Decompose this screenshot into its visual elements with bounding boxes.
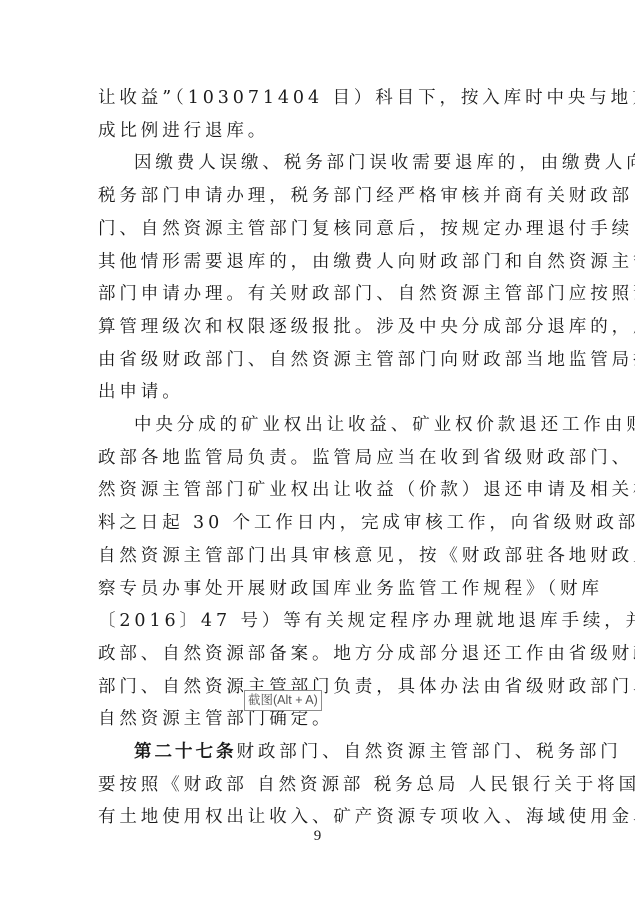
text-line: 其他情形需要退库的，由缴费人向财政部门和自然资源主管: [98, 250, 538, 274]
text-line: 门、自然资源主管部门复核同意后，按规定办理退付手续；: [98, 217, 538, 241]
text-line: 出申请。: [98, 380, 538, 404]
text-line: 让收益”（103071404 目）科目下，按入库时中央与地方分: [98, 86, 538, 110]
text-line: 〔2016〕47 号）等有关规定程序办理就地退库手续，并报财: [98, 609, 538, 633]
article-line: 第二十七条 财政部门、自然资源主管部门、税务部门: [134, 740, 538, 764]
text-line: 有土地使用权出让收入、矿产资源专项收入、海域使用金、: [98, 805, 538, 829]
text-line: 中央分成的矿业权出让收益、矿业权价款退还工作由财: [134, 413, 538, 437]
article-text: 财政部门、自然资源主管部门、税务部门: [237, 740, 622, 764]
text-line: 料之日起 30 个工作日内，完成审核工作，向省级财政部门、: [98, 511, 538, 535]
text-line: 成比例进行退库。: [98, 119, 538, 143]
document-page: 让收益”（103071404 目）科目下，按入库时中央与地方分 成比例进行退库。…: [0, 0, 635, 897]
text-line: 察专员办事处开展财政国库业务监管工作规程》（财库: [98, 577, 538, 601]
article-heading: 第二十七条: [134, 740, 237, 764]
text-line: 要按照《财政部 自然资源部 税务总局 人民银行关于将国: [98, 773, 538, 797]
text-line: 然资源主管部门矿业权出让收益（价款）退还申请及相关材: [98, 478, 538, 502]
text-line: 政部、自然资源部备案。地方分成部分退还工作由省级财政: [98, 642, 538, 666]
text-line: 由省级财政部门、自然资源主管部门向财政部当地监管局提: [98, 348, 538, 372]
text-line: 政部各地监管局负责。监管局应当在收到省级财政部门、自: [98, 446, 538, 470]
text-line: 税务部门申请办理，税务部门经严格审核并商有关财政部: [98, 184, 538, 208]
text-line: 部门申请办理。有关财政部门、自然资源主管部门应按照预: [98, 282, 538, 306]
text-line: 算管理级次和权限逐级报批。涉及中央分成部分退库的，应: [98, 315, 538, 339]
text-line: 因缴费人误缴、税务部门误收需要退库的，由缴费人向: [134, 151, 538, 175]
text-line: 自然资源主管部门出具审核意见，按《财政部驻各地财政监: [98, 544, 538, 568]
page-number: 9: [0, 828, 635, 845]
screenshot-tooltip: 截图(Alt + A): [244, 690, 322, 711]
